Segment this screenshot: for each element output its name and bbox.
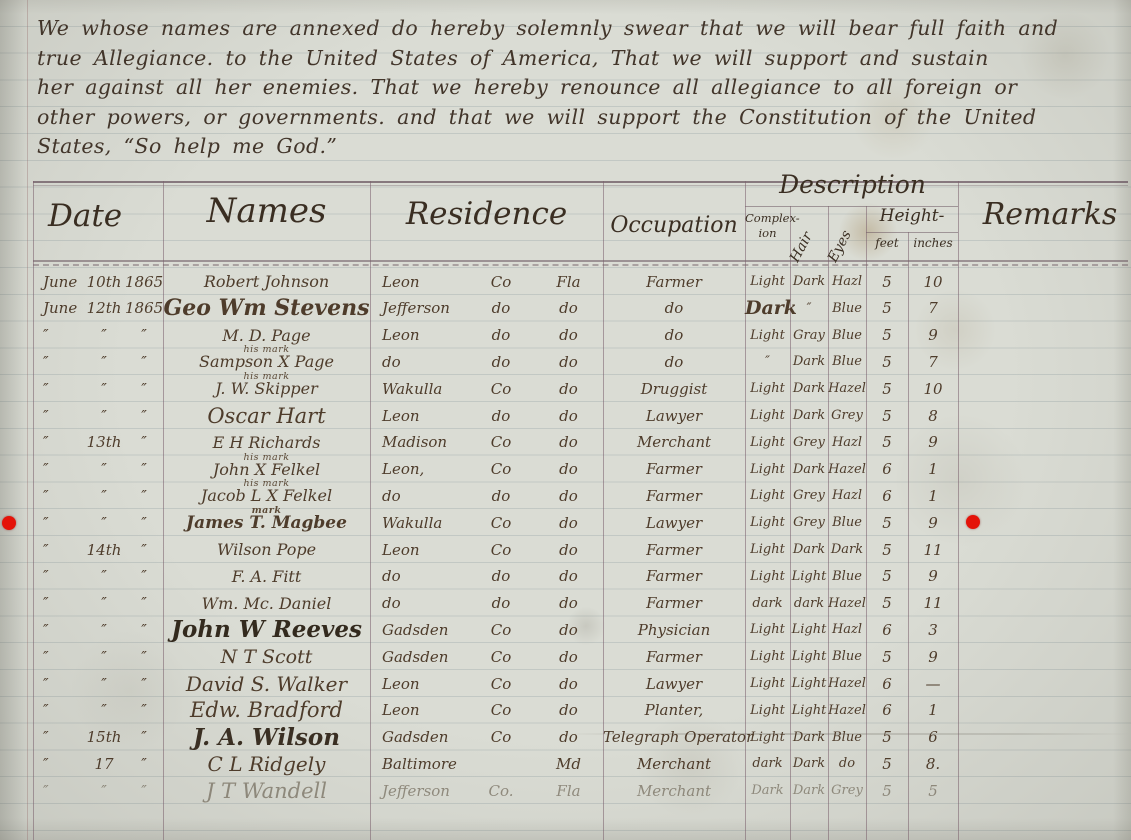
cell-date-month: June [33, 299, 83, 317]
table-row: ″″″Sampson X Pagehis markdodododo″DarkBl… [33, 348, 1125, 375]
cell-hair: dark [790, 596, 828, 611]
cell-height-inches: 7 [908, 299, 958, 317]
cell-name: Sampson X Pagehis mark [163, 352, 370, 371]
cell-height-feet: 5 [866, 755, 908, 773]
cell-residence-place: Jefferson [370, 299, 468, 317]
table-row: ″″″Wm. Mc. DanieldododoFarmerdarkdarkHaz… [33, 590, 1125, 617]
cell-complexion: Light [745, 542, 790, 557]
table-row: ″17″C L RidgelyBaltimoreMdMerchantdarkDa… [33, 750, 1125, 777]
oath-line: We whose names are annexed do hereby sol… [37, 14, 1123, 44]
cell-height-inches: 9 [908, 514, 958, 532]
cell-hair: Dark [790, 381, 828, 396]
cell-eyes: Grey [828, 783, 866, 798]
table-row: ″″″J. W. Skipperhis markWakullaCodoDrugg… [33, 375, 1125, 402]
cell-name: Jacob L X Felkelhis mark [163, 486, 370, 505]
cell-complexion: dark [745, 756, 790, 771]
cell-occupation: Merchant [603, 755, 745, 773]
cell-eyes: Blue [828, 730, 866, 745]
cell-date-month: ″ [33, 782, 83, 800]
his-mark-note: his mark [243, 478, 289, 489]
cell-complexion: Light [745, 515, 790, 530]
cell-occupation: Farmer [603, 541, 745, 559]
cell-hair: ″ [790, 301, 828, 316]
cell-height-feet: 5 [866, 541, 908, 559]
cell-occupation: Physician [603, 621, 745, 639]
cell-residence-county: do [468, 407, 534, 425]
cell-name: J. A. Wilson [163, 724, 370, 751]
cell-date-year: ″ [125, 460, 163, 478]
column-header-date: Date [48, 198, 122, 234]
cell-height-feet: 5 [866, 648, 908, 666]
cell-residence-county: do [468, 299, 534, 317]
cell-name: N T Scott [163, 646, 370, 668]
column-header-residence: Residence [370, 196, 603, 232]
cell-date-day: 17 [83, 755, 125, 773]
cell-height-feet: 5 [866, 326, 908, 344]
cell-name: David S. Walker [163, 672, 370, 696]
cell-date-year: ″ [125, 407, 163, 425]
cell-occupation: do [603, 299, 745, 317]
cell-complexion: Light [745, 408, 790, 423]
cell-height-inches: 9 [908, 326, 958, 344]
cell-hair: Grey [790, 488, 828, 503]
cell-residence-place: Leon, [370, 460, 468, 478]
cell-date-month: ″ [33, 407, 83, 425]
cell-height-inches: 11 [908, 541, 958, 559]
cell-name: E H Richards [163, 433, 370, 452]
cell-height-inches: 8. [908, 755, 958, 773]
cell-date-year: ″ [125, 755, 163, 773]
cell-height-inches: 10 [908, 380, 958, 398]
table-row: ″13th″E H RichardsMadisonCodoMerchantLig… [33, 429, 1125, 456]
cell-residence-county: Co [468, 380, 534, 398]
cell-residence-place: Leon [370, 701, 468, 719]
cell-date-day: ″ [83, 460, 125, 478]
cell-residence-state: Fla [534, 273, 603, 291]
cell-date-month: ″ [33, 514, 83, 532]
cell-residence-county: Co. [468, 782, 534, 800]
cell-residence-county: do [468, 487, 534, 505]
cell-height-feet: 5 [866, 353, 908, 371]
cell-occupation: Farmer [603, 594, 745, 612]
oath-text: We whose names are annexed do hereby sol… [37, 14, 1123, 162]
cell-residence-state: do [534, 353, 603, 371]
cell-date-month: ″ [33, 353, 83, 371]
cell-residence-place: do [370, 594, 468, 612]
cell-height-feet: 6 [866, 621, 908, 639]
cell-name: John W Reeves [163, 616, 370, 643]
cell-date-month: ″ [33, 648, 83, 666]
cell-eyes: Blue [828, 354, 866, 369]
cell-date-year: 1865 [125, 299, 163, 317]
cell-hair: Dark [790, 354, 828, 369]
his-mark-note: mark [252, 505, 282, 516]
cell-eyes: Hazl [828, 274, 866, 289]
cell-complexion: Light [745, 328, 790, 343]
cell-name: Robert Johnson [163, 272, 370, 291]
cell-date-year: ″ [125, 701, 163, 719]
cell-date-year: ″ [125, 541, 163, 559]
cell-residence-county: Co [468, 675, 534, 693]
cell-name: C L Ridgely [163, 752, 370, 776]
cell-occupation: Farmer [603, 567, 745, 585]
cell-hair: Light [790, 676, 828, 691]
red-dot-right [966, 515, 980, 529]
cell-height-inches: 6 [908, 728, 958, 746]
cell-complexion: Light [745, 381, 790, 396]
cell-residence-place: Wakulla [370, 514, 468, 532]
cell-residence-county: Co [468, 621, 534, 639]
cell-complexion: Dark [745, 783, 790, 798]
cell-occupation: Farmer [603, 273, 745, 291]
cell-complexion: Light [745, 274, 790, 289]
his-mark-note: his mark [243, 452, 289, 463]
cell-complexion: Light [745, 462, 790, 477]
cell-residence-place: do [370, 353, 468, 371]
cell-eyes: Grey [828, 408, 866, 423]
cell-hair: Grey [790, 435, 828, 450]
cell-height-inches: 1 [908, 487, 958, 505]
cell-date-day: ″ [83, 380, 125, 398]
cell-hair: Gray [790, 328, 828, 343]
cell-complexion: Light [745, 676, 790, 691]
cell-residence-state: do [534, 433, 603, 451]
cell-hair: Light [790, 649, 828, 664]
cell-residence-county: Co [468, 701, 534, 719]
cell-eyes: Hazel [828, 462, 866, 477]
cell-occupation: do [603, 326, 745, 344]
cell-hair: Dark [790, 274, 828, 289]
cell-eyes: Hazl [828, 622, 866, 637]
cell-date-day: ″ [83, 514, 125, 532]
left-margin-line [27, 0, 28, 840]
cell-complexion: Light [745, 622, 790, 637]
cell-residence-county: do [468, 353, 534, 371]
his-mark-note: his mark [243, 371, 289, 382]
cell-height-inches: 1 [908, 460, 958, 478]
cell-complexion: Light [745, 488, 790, 503]
table-row: June12th1865Geo Wm StevensJeffersondodod… [33, 295, 1125, 322]
cell-residence-state: do [534, 728, 603, 746]
cell-name: Edw. Bradford [163, 698, 370, 722]
cell-height-inches: 11 [908, 594, 958, 612]
cell-residence-place: Gadsden [370, 648, 468, 666]
cell-residence-state: do [534, 487, 603, 505]
cell-date-day: 14th [83, 541, 125, 559]
cell-date-day: ″ [83, 594, 125, 612]
cell-date-day: ″ [83, 487, 125, 505]
cell-height-feet: 5 [866, 273, 908, 291]
cell-eyes: Hazel [828, 676, 866, 691]
cell-date-day: 15th [83, 728, 125, 746]
cell-hair: Dark [790, 408, 828, 423]
cell-height-inches: 5 [908, 782, 958, 800]
cell-occupation: Farmer [603, 487, 745, 505]
table-row: ″″″N T ScottGadsdenCodoFarmerLightLightB… [33, 643, 1125, 670]
cell-date-day: ″ [83, 407, 125, 425]
cell-residence-place: Leon [370, 273, 468, 291]
cell-date-month: ″ [33, 487, 83, 505]
cell-date-day: 10th [83, 273, 125, 291]
cell-height-feet: 5 [866, 594, 908, 612]
cell-date-year: ″ [125, 326, 163, 344]
cell-complexion: Light [745, 649, 790, 664]
cell-residence-place: Leon [370, 326, 468, 344]
cell-hair: Grey [790, 515, 828, 530]
column-header-complexion: Complex- ion [745, 211, 790, 241]
cell-hair: Light [790, 622, 828, 637]
cell-date-day: ″ [83, 701, 125, 719]
column-header-height: Height- [866, 206, 958, 226]
table-row: ″15th″J. A. WilsonGadsdenCodoTelegraph O… [33, 724, 1125, 751]
cell-eyes: Blue [828, 649, 866, 664]
cell-residence-place: do [370, 567, 468, 585]
cell-height-inches: 9 [908, 648, 958, 666]
cell-residence-state: do [534, 648, 603, 666]
cell-height-feet: 5 [866, 567, 908, 585]
table-row: ″″″David S. WalkerLeonCodoLawyerLightLig… [33, 670, 1125, 697]
cell-date-year: ″ [125, 621, 163, 639]
cell-residence-county: do [468, 567, 534, 585]
cell-name: John X Felkelhis mark [163, 460, 370, 479]
cell-date-month: ″ [33, 567, 83, 585]
header-bottom-border [33, 260, 1128, 262]
cell-eyes: Blue [828, 301, 866, 316]
cell-residence-county: Co [468, 273, 534, 291]
cell-occupation: Farmer [603, 460, 745, 478]
header-bottom-border-dashed [33, 264, 1128, 266]
column-header-names: Names [163, 191, 370, 231]
cell-occupation: Lawyer [603, 514, 745, 532]
cell-date-day: 13th [83, 433, 125, 451]
cell-name: M. D. Page [163, 326, 370, 345]
cell-residence-state: do [534, 567, 603, 585]
cell-height-feet: 5 [866, 514, 908, 532]
cell-residence-state: do [534, 675, 603, 693]
cell-date-day: ″ [83, 621, 125, 639]
cell-occupation: Lawyer [603, 407, 745, 425]
cell-residence-state: do [534, 541, 603, 559]
cell-date-month: ″ [33, 433, 83, 451]
cell-hair: Dark [790, 730, 828, 745]
cell-residence-state: do [534, 460, 603, 478]
column-header-remarks: Remarks [975, 197, 1125, 232]
cell-residence-place: do [370, 487, 468, 505]
cell-occupation: Merchant [603, 433, 745, 451]
cell-eyes: Hazel [828, 596, 866, 611]
cell-height-feet: 6 [866, 701, 908, 719]
cell-height-feet: 6 [866, 460, 908, 478]
cell-date-day: 12th [83, 299, 125, 317]
oath-line: true Allegiance. to the United States of… [37, 44, 1123, 74]
cell-date-month: ″ [33, 621, 83, 639]
cell-hair: Light [790, 703, 828, 718]
cell-complexion: Light [745, 730, 790, 745]
cell-residence-state: Md [534, 755, 603, 773]
cell-height-inches: 9 [908, 567, 958, 585]
table-row: ″″″M. D. PageLeondododoLightGrayBlue59 [33, 322, 1125, 349]
cell-height-inches: 8 [908, 407, 958, 425]
cell-name: J. W. Skipperhis mark [163, 379, 370, 398]
cell-residence-state: do [534, 514, 603, 532]
column-header-occupation: Occupation [603, 213, 745, 238]
cell-date-year: ″ [125, 594, 163, 612]
cell-date-year: ″ [125, 728, 163, 746]
complexion-header-line2: ion [745, 226, 790, 241]
table-row: ″″″Jacob L X Felkelhis markdododoFarmerL… [33, 482, 1125, 509]
cell-residence-place: Jefferson [370, 782, 468, 800]
cell-residence-place: Madison [370, 433, 468, 451]
table-row: ″″″J T WandellJeffersonCo.FlaMerchantDar… [33, 777, 1125, 804]
cell-occupation: Merchant [603, 782, 745, 800]
cell-residence-county: Co [468, 433, 534, 451]
cell-residence-county: Co [468, 514, 534, 532]
cell-hair: Dark [790, 542, 828, 557]
cell-date-day: ″ [83, 782, 125, 800]
cell-date-day: ″ [83, 567, 125, 585]
cell-residence-county: Co [468, 648, 534, 666]
cell-residence-place: Leon [370, 407, 468, 425]
cell-residence-place: Gadsden [370, 728, 468, 746]
cell-complexion: ″ [745, 354, 790, 369]
table-row: June10th1865Robert JohnsonLeonCoFlaFarme… [33, 268, 1125, 295]
cell-residence-place: Leon [370, 675, 468, 693]
cell-residence-place: Gadsden [370, 621, 468, 639]
cell-residence-state: do [534, 299, 603, 317]
cell-residence-state: do [534, 594, 603, 612]
cell-date-year: ″ [125, 514, 163, 532]
cell-eyes: Dark [828, 542, 866, 557]
cell-residence-state: do [534, 701, 603, 719]
cell-complexion: Light [745, 569, 790, 584]
cell-complexion: Light [745, 435, 790, 450]
cell-residence-state: do [534, 380, 603, 398]
cell-date-year: ″ [125, 648, 163, 666]
table-row: ″″″F. A. FittdododoFarmerLightLightBlue5… [33, 563, 1125, 590]
oath-line: her against all her enemies. That we her… [37, 73, 1123, 103]
cell-date-year: ″ [125, 380, 163, 398]
cell-height-inches: 10 [908, 273, 958, 291]
cell-date-year: ″ [125, 353, 163, 371]
cell-residence-state: do [534, 407, 603, 425]
cell-height-feet: 6 [866, 487, 908, 505]
cell-residence-place: Leon [370, 541, 468, 559]
height-underline [866, 232, 958, 233]
cell-date-year: 1865 [125, 273, 163, 291]
cell-residence-state: Fla [534, 782, 603, 800]
cell-occupation: Druggist [603, 380, 745, 398]
cell-date-month: ″ [33, 675, 83, 693]
cell-eyes: Hazel [828, 703, 866, 718]
cell-height-inches: 3 [908, 621, 958, 639]
cell-residence-county: Co [468, 541, 534, 559]
cell-hair: Dark [790, 783, 828, 798]
table-row: ″14th″Wilson PopeLeonCodoFarmerLightDark… [33, 536, 1125, 563]
cell-residence-county: Co [468, 460, 534, 478]
cell-date-year: ″ [125, 487, 163, 505]
cell-name: F. A. Fitt [163, 567, 370, 586]
cell-date-month: ″ [33, 326, 83, 344]
cell-name: Wm. Mc. Daniel [163, 594, 370, 613]
complexion-header-line1: Complex- [745, 211, 790, 226]
oath-line: States, “So help me God.” [37, 132, 1123, 162]
cell-residence-county: Co [468, 728, 534, 746]
cell-date-year: ″ [125, 675, 163, 693]
cell-hair: Dark [790, 462, 828, 477]
cell-date-month: ″ [33, 541, 83, 559]
cell-hair: Light [790, 569, 828, 584]
oath-line: other powers, or governments. and that w… [37, 103, 1123, 133]
cell-height-inches: — [908, 675, 958, 693]
cell-name: James T. Magbeemark [163, 513, 370, 533]
table-row: ″″″John X Felkelhis markLeon,CodoFarmerL… [33, 456, 1125, 483]
cell-height-inches: 9 [908, 433, 958, 451]
cell-complexion: dark [745, 596, 790, 611]
cell-height-feet: 5 [866, 782, 908, 800]
cell-height-feet: 5 [866, 433, 908, 451]
cell-residence-state: do [534, 621, 603, 639]
cell-complexion: Light [745, 703, 790, 718]
cell-date-day: ″ [83, 326, 125, 344]
table-row: ″″″Edw. BradfordLeonCodoPlanter,LightLig… [33, 697, 1125, 724]
cell-date-year: ″ [125, 567, 163, 585]
cell-height-feet: 6 [866, 675, 908, 693]
cell-date-month: ″ [33, 460, 83, 478]
cell-height-feet: 5 [866, 380, 908, 398]
cell-occupation: do [603, 353, 745, 371]
cell-height-feet: 5 [866, 407, 908, 425]
cell-occupation: Planter, [603, 701, 745, 719]
cell-eyes: Blue [828, 569, 866, 584]
cell-eyes: Blue [828, 515, 866, 530]
cell-residence-place: Baltimore [370, 755, 468, 773]
cell-date-month: ″ [33, 380, 83, 398]
cell-date-month: ″ [33, 755, 83, 773]
cell-date-year: ″ [125, 433, 163, 451]
cell-residence-place: Wakulla [370, 380, 468, 398]
table-row: ″″″James T. MagbeemarkWakullaCodoLawyerL… [33, 509, 1125, 536]
scanned-register-page: We whose names are annexed do hereby sol… [0, 0, 1131, 840]
column-header-description: Description [735, 170, 970, 199]
his-mark-note: his mark [243, 344, 289, 355]
cell-hair: Dark [790, 756, 828, 771]
cell-complexion: Dark [745, 297, 790, 319]
cell-date-month: ″ [33, 728, 83, 746]
column-header-inches: inches [908, 236, 958, 250]
table-row: ″″″John W ReevesGadsdenCodoPhysicianLigh… [33, 616, 1125, 643]
cell-name: Oscar Hart [163, 404, 370, 428]
cell-occupation: Telegraph Operator [603, 728, 745, 746]
cell-height-inches: 1 [908, 701, 958, 719]
cell-date-day: ″ [83, 648, 125, 666]
cell-date-month: June [33, 273, 83, 291]
cell-occupation: Lawyer [603, 675, 745, 693]
cell-eyes: Blue [828, 328, 866, 343]
cell-eyes: Hazl [828, 435, 866, 450]
cell-eyes: Hazl [828, 488, 866, 503]
cell-date-month: ″ [33, 701, 83, 719]
cell-height-inches: 7 [908, 353, 958, 371]
cell-date-day: ″ [83, 353, 125, 371]
cell-residence-county: do [468, 594, 534, 612]
cell-eyes: do [828, 756, 866, 771]
cell-residence-county: do [468, 326, 534, 344]
column-header-feet: feet [866, 236, 908, 250]
cell-date-month: ″ [33, 594, 83, 612]
cell-date-day: ″ [83, 675, 125, 693]
table-row: ″″″Oscar HartLeondodoLawyerLightDarkGrey… [33, 402, 1125, 429]
cell-name: Geo Wm Stevens [163, 295, 370, 321]
